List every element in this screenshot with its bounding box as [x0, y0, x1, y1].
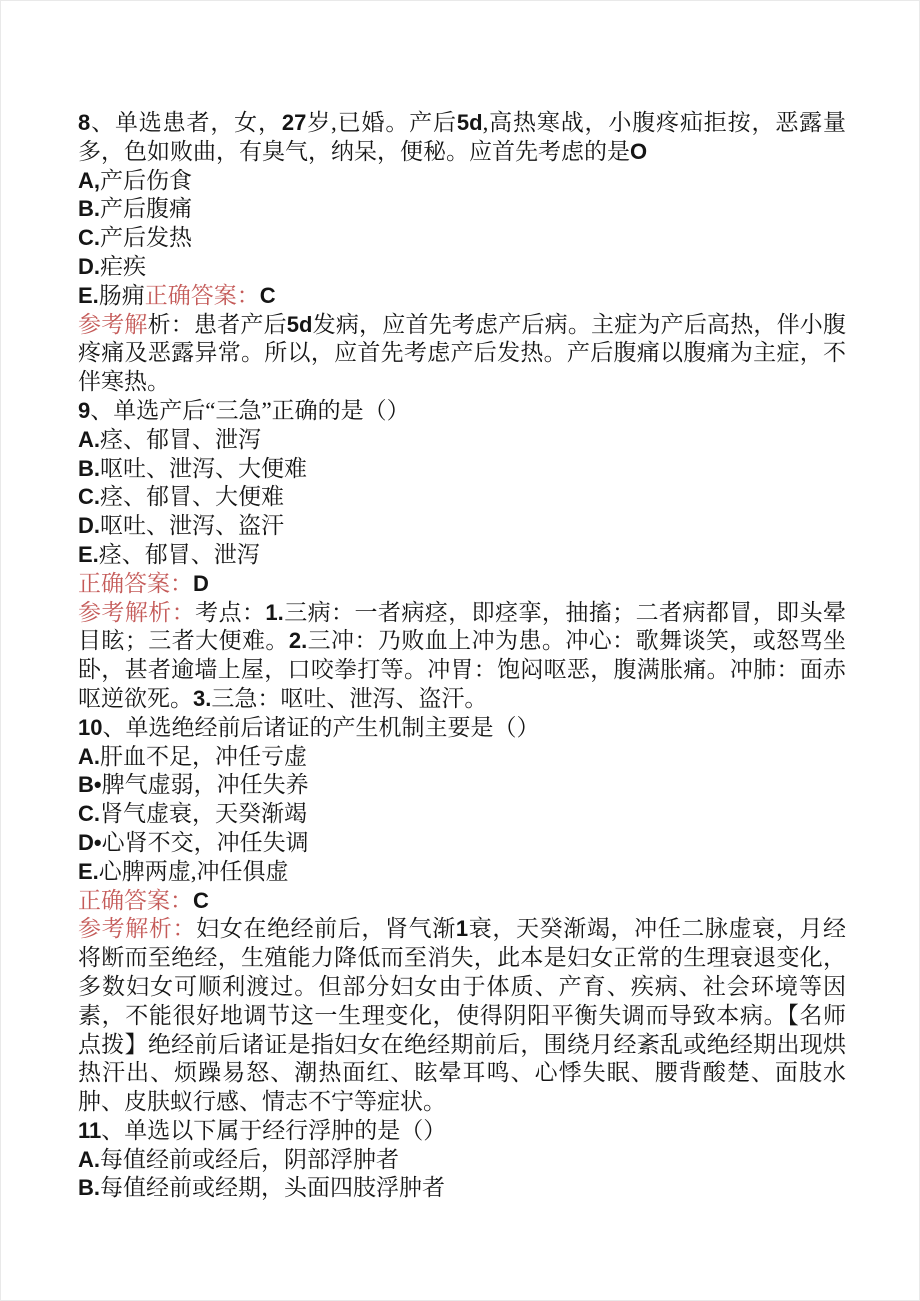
option-letter: D. [78, 254, 100, 279]
text-segment: 痉、郁冒、泄泻 [100, 427, 261, 452]
question-stem: 8、单选患者，女，27岁,已婚。产后5d,高热寒战，小腹疼疝拒按，恶露量多，色如… [78, 109, 846, 167]
text-segment: 衰，天癸渐竭，冲任二脉虚衰，月经将断而至绝经，生殖能力降低而至消失，此本是妇女正… [78, 916, 846, 1114]
text-segment: 2. [289, 628, 307, 653]
option-e-and-answer: E.肠痈正确答案：C [78, 282, 846, 311]
text-segment: 产后腹痛 [100, 196, 192, 221]
question-number: 8 [78, 110, 90, 135]
answer-value: D [193, 571, 209, 596]
option-letter: C. [78, 801, 100, 826]
option-a: A.肝血不足，冲任亏虚 [78, 743, 846, 772]
analysis-paragraph: 参考解析：患者产后5d发病，应首先考虑产后病。主症为产后高热，伴小腹疼痛及恶露异… [78, 311, 846, 397]
option-letter: A. [78, 1147, 100, 1172]
question-number: 11 [78, 1118, 101, 1143]
text-segment: 肝血不足，冲任亏虚 [100, 744, 307, 769]
option-b: B.呕吐、泄泻、大便难 [78, 455, 846, 484]
text-segment: 析：患者产后 [148, 312, 287, 337]
answer-line: 正确答案：C [78, 887, 846, 916]
answer-line: 正确答案：D [78, 570, 846, 599]
option-b: B•脾气虚弱，冲任失养 [78, 771, 846, 800]
text-segment: 产后发热 [100, 225, 192, 250]
question-stem: 9、单选产后“三急”正确的是（） [78, 397, 846, 426]
text-segment: 、单选患者，女， [90, 110, 282, 135]
option-letter: B. [78, 456, 100, 481]
text-segment: 肠痈 [99, 283, 145, 308]
answer-label: 正确答案： [78, 571, 193, 596]
analysis-label: 参考解析： [78, 600, 195, 625]
option-e: E.痉、郁冒、泄泻 [78, 541, 846, 570]
text-segment: 心脾两虚,冲任俱虚 [99, 859, 289, 884]
option-a: A.痉、郁冒、泄泻 [78, 426, 846, 455]
option-letter: E. [78, 859, 99, 884]
text-segment: 每值经前或经期，头面四肢浮肿者 [100, 1175, 445, 1200]
text-segment: 3. [193, 686, 211, 711]
option-letter: D• [78, 830, 102, 855]
option-letter: B. [78, 1175, 100, 1200]
question-block-10: 10、单选绝经前后诸证的产生机制主要是（）A.肝血不足，冲任亏虚B•脾气虚弱，冲… [78, 714, 846, 1117]
text-segment: 5d [457, 110, 483, 135]
option-b: B.每值经前或经期，头面四肢浮肿者 [78, 1174, 846, 1203]
analysis-paragraph: 参考解析：妇女在绝经前后，肾气渐1衰，天癸渐竭，冲任二脉虚衰，月经将断而至绝经，… [78, 915, 846, 1117]
option-c: C.产后发热 [78, 224, 846, 253]
option-a: A.每值经前或经后，阴部浮肿者 [78, 1146, 846, 1175]
question-number: 10 [78, 715, 102, 740]
option-letter: B• [78, 772, 102, 797]
question-block-11: 11、单选以下属于经行浮肿的是（）A.每值经前或经后，阴部浮肿者B.每值经前或经… [78, 1117, 846, 1203]
text-segment: 、单选绝经前后诸证的产生机制主要是（） [102, 715, 539, 740]
option-d: D•心肾不交，冲任失调 [78, 829, 846, 858]
analysis-label: 参考解析： [78, 916, 196, 941]
answer-label: 正确答案： [145, 283, 260, 308]
option-c: C.痉、郁冒、大便难 [78, 483, 846, 512]
document-body: 8、单选患者，女，27岁,已婚。产后5d,高热寒战，小腹疼疝拒按，恶露量多，色如… [78, 109, 846, 1203]
answer-label: 正确答案： [78, 888, 193, 913]
text-segment: 产后伤食 [100, 168, 192, 193]
text-segment: 呕吐、泄泻、大便难 [100, 456, 307, 481]
option-d: D.疟疾 [78, 253, 846, 282]
analysis-label: 参考解 [78, 312, 148, 337]
text-segment: 每值经前或经后，阴部浮肿者 [100, 1147, 399, 1172]
answer-value: C [193, 888, 209, 913]
question-number: 9 [78, 398, 90, 423]
text-segment: 心肾不交，冲任失调 [102, 830, 309, 855]
option-letter: E. [78, 283, 99, 308]
text-segment: 疟疾 [100, 254, 146, 279]
question-stem: 10、单选绝经前后诸证的产生机制主要是（） [78, 714, 846, 743]
text-segment: 痉、郁冒、大便难 [100, 484, 284, 509]
text-segment: 5d [287, 312, 313, 337]
text-segment: 1 [456, 916, 468, 941]
option-a: A,产后伤食 [78, 167, 846, 196]
option-letter: E. [78, 542, 99, 567]
text-segment: 三急：呕吐、泄泻、盗汗。 [211, 686, 487, 711]
text-segment: O [630, 139, 647, 164]
option-letter: C. [78, 484, 100, 509]
analysis-paragraph: 参考解析：考点：1.三病：一者病痉，即痉挛，抽搐；二者病都冒，即头晕目眩；三者大… [78, 599, 846, 714]
question-stem: 11、单选以下属于经行浮肿的是（） [78, 1117, 846, 1146]
question-block-8: 8、单选患者，女，27岁,已婚。产后5d,高热寒战，小腹疼疝拒按，恶露量多，色如… [78, 109, 846, 397]
option-letter: B. [78, 196, 100, 221]
text-segment: 27 [282, 110, 306, 135]
document-page: 8、单选患者，女，27岁,已婚。产后5d,高热寒战，小腹疼疝拒按，恶露量多，色如… [0, 0, 920, 1301]
text-segment: 、单选产后“三急”正确的是（） [90, 398, 409, 423]
question-block-9: 9、单选产后“三急”正确的是（）A.痉、郁冒、泄泻B.呕吐、泄泻、大便难C.痉、… [78, 397, 846, 714]
option-e: E.心脾两虚,冲任俱虚 [78, 858, 846, 887]
text-segment: 妇女在绝经前后，肾气渐 [196, 916, 456, 941]
text-segment: 1. [265, 600, 283, 625]
text-segment: 痉、郁冒、泄泻 [99, 542, 260, 567]
option-letter: A, [78, 168, 100, 193]
text-segment: 呕吐、泄泻、盗汗 [100, 513, 284, 538]
option-d: D.呕吐、泄泻、盗汗 [78, 512, 846, 541]
option-b: B.产后腹痛 [78, 195, 846, 224]
option-c: C.肾气虚衰，天癸渐竭 [78, 800, 846, 829]
option-letter: C. [78, 225, 100, 250]
text-segment: 岁,已婚。产后 [306, 110, 457, 135]
option-letter: D. [78, 513, 100, 538]
option-letter: A. [78, 427, 100, 452]
text-segment: 脾气虚弱，冲任失养 [102, 772, 309, 797]
text-segment: 肾气虚衰，天癸渐竭 [100, 801, 307, 826]
text-segment: 、单选以下属于经行浮肿的是（） [101, 1118, 446, 1143]
answer-value: C [260, 283, 276, 308]
text-segment: 考点： [195, 600, 265, 625]
option-letter: A. [78, 744, 100, 769]
